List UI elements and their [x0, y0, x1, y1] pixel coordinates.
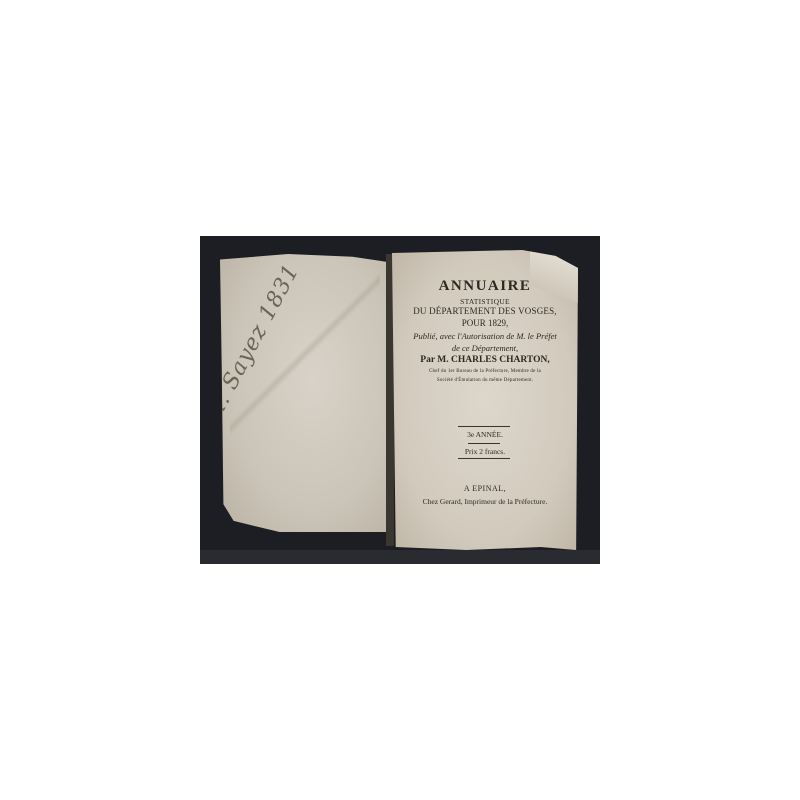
author-role-line-2: Société d'Émulation du même Département.: [392, 378, 578, 383]
authorization-line-1: Publié, avec l'Autorisation de M. le Pré…: [392, 331, 578, 341]
title-page: ANNUAIRE STATISTIQUE DU DÉPARTEMENT DES …: [392, 250, 578, 550]
divider-bottom: [458, 458, 510, 459]
book-photograph: Ch. Sayez 1831 ANNUAIRE STATISTIQUE DU D…: [200, 236, 600, 564]
edition-label: 3e ANNÉE.: [392, 430, 578, 439]
subtitle-statistique: STATISTIQUE: [392, 297, 578, 306]
divider-top: [458, 426, 510, 427]
publication-place: A EPINAL,: [392, 484, 578, 493]
author-role-line-1: Chef du 1er Bureau de la Préfecture, Mem…: [392, 369, 578, 374]
left-flyleaf-page: Ch. Sayez 1831: [220, 254, 390, 532]
divider-middle: [468, 443, 500, 444]
book-title: ANNUAIRE: [392, 278, 578, 295]
price-label: Prix 2 francs.: [392, 447, 578, 456]
printer-line: Chez Gerard, Imprimeur de la Préfecture.: [392, 497, 578, 506]
subtitle-departement: DU DÉPARTEMENT DES VOSGES,: [392, 306, 578, 316]
authorization-line-2: de ce Département,: [392, 343, 578, 353]
author-line: Par M. CHARLES CHARTON,: [392, 355, 578, 365]
year-line: POUR 1829,: [392, 318, 578, 328]
